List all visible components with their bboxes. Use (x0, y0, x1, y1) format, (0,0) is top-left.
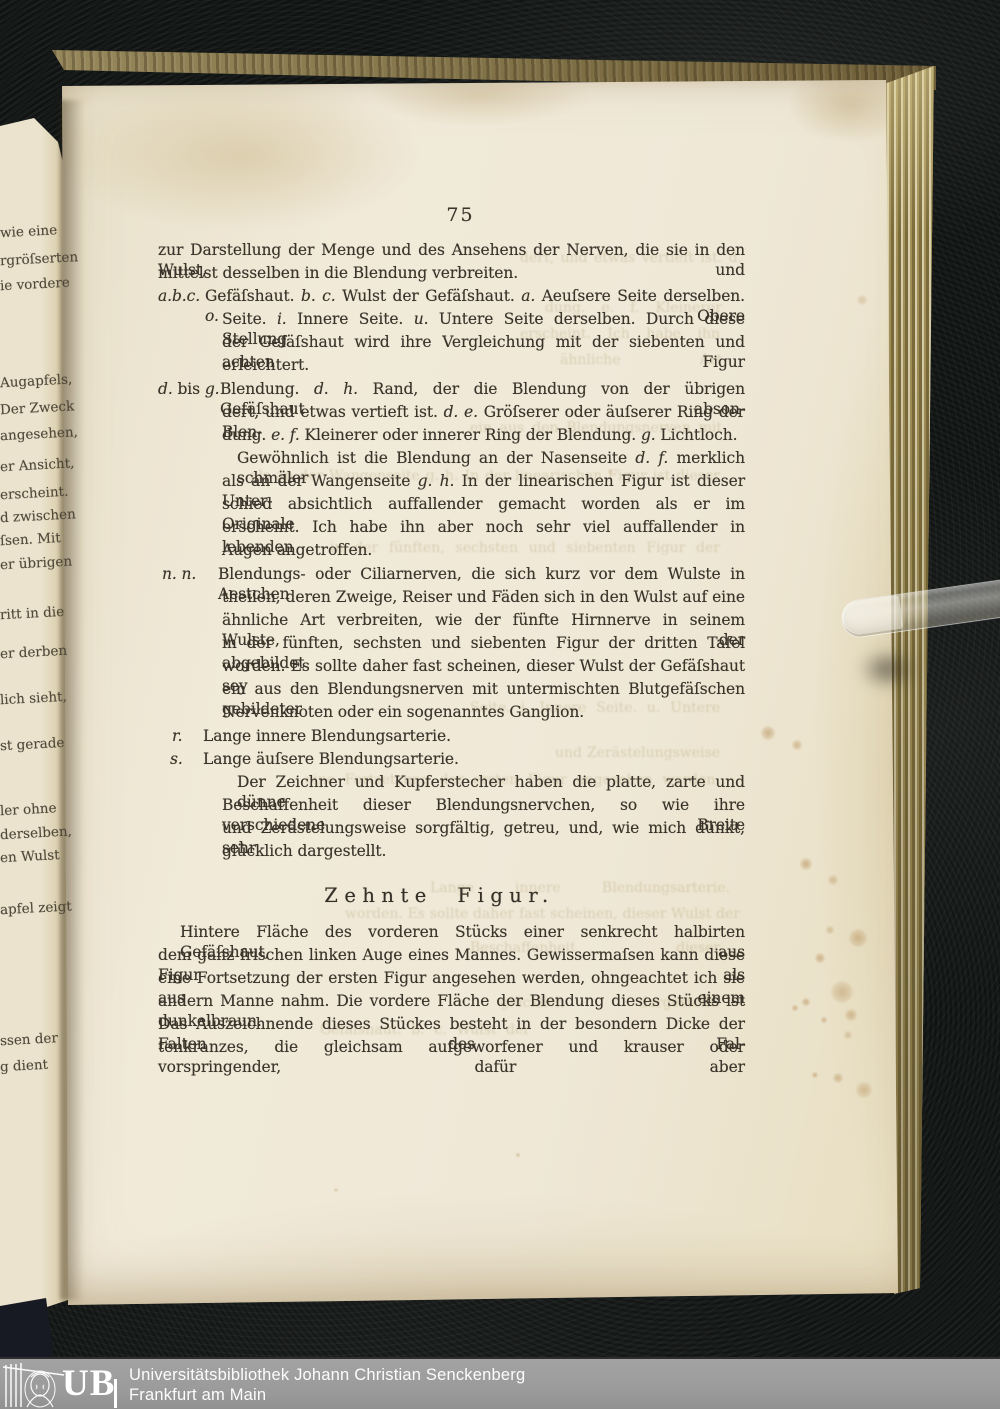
foxing-spot (826, 926, 834, 934)
line-key-label: n. n. (162, 564, 196, 584)
margin-text-fragment: lich sieht, (0, 690, 47, 708)
line-key-label: s. (170, 749, 183, 769)
logo-separator (114, 1379, 117, 1408)
text-line: Augen angetroffen. (222, 540, 372, 560)
page-number: 75 (167, 204, 754, 226)
foxing-spot (334, 1188, 338, 1192)
line-key-label: a.b.c. (158, 286, 200, 306)
foxing-spot (844, 1031, 852, 1039)
foxing-spot (812, 1072, 818, 1078)
foxing-spot (857, 295, 867, 305)
margin-text-fragment: rgröſserten (0, 251, 47, 269)
text-line: tenkranzes, die gleichsam aufgeworfener … (158, 1037, 745, 1077)
ub-logo-text: UB (62, 1362, 115, 1405)
margin-text-fragment: ssen der (0, 1031, 47, 1049)
text-line: erleichtert. (222, 355, 309, 375)
foxing-spot (815, 953, 825, 963)
page-holder-tip (840, 595, 903, 637)
margin-text-fragment: ie vordere (0, 276, 47, 294)
margin-text-fragment: er übrigen (0, 555, 47, 573)
margin-text-fragment: angesehen, (0, 426, 47, 444)
margin-text-fragment: derselben, (0, 825, 47, 843)
text-line: Lange äuſsere Blendungsarterie. (203, 749, 459, 769)
foxing-spot (831, 981, 853, 1003)
margin-text-fragment: wie eine (0, 223, 47, 241)
margin-text-fragment: g dient (0, 1057, 47, 1075)
margin-text-fragment: ſsen. Mit (0, 531, 47, 549)
text-line: mittelst desselben in die Blendung verbr… (158, 263, 518, 283)
foxing-spot (849, 929, 867, 947)
margin-text-fragment: er derben (0, 644, 47, 662)
library-location: Frankfurt am Main (129, 1385, 525, 1405)
margin-text-fragment: Augapfels, (0, 373, 47, 391)
margin-text-fragment: st gerade (0, 736, 47, 754)
foxing-spot (845, 1009, 857, 1021)
bleedthrough-text: und Zerästelungsweise sorgfältig, getreu… (555, 745, 720, 762)
line-key-label: r. (172, 726, 182, 746)
library-banner: UB Universitätsbibliothek Johann Christi… (0, 1357, 1000, 1409)
foxing-spot (821, 1017, 827, 1023)
foxing-spot (800, 858, 812, 870)
margin-text-fragment: erscheint. (0, 485, 47, 503)
text-line: theilen, deren Zweige, Reiser und Fäden … (222, 587, 745, 607)
text-line: Nervenknoten oder ein sogenanntes Gangli… (222, 702, 584, 722)
foxing-spot (802, 998, 810, 1006)
page-holder-shadow (846, 640, 930, 698)
foxing-spot (856, 1082, 872, 1098)
margin-text-fragment: apfel zeigt (0, 900, 47, 918)
library-name: Universitätsbibliothek Johann Christian … (129, 1365, 525, 1385)
bleedthrough-text: worden. Es sollte daher fast scheinen, d… (345, 906, 740, 923)
foxing-spot (833, 1073, 843, 1083)
margin-text-fragment: Der Zweck (0, 400, 47, 418)
margin-text-fragment: ler ohne (0, 801, 47, 819)
margin-text-fragment: d zwischen (0, 508, 47, 526)
line-key-label: d. bis g. (158, 379, 220, 399)
text-line: Lange innere Blendungsarterie. (203, 726, 451, 746)
foxing-spot (516, 1153, 520, 1157)
page-content: 75 dert, und etwas vertieft ist. d. e. G… (0, 0, 1000, 1409)
text-line: glücklich dargestellt. (222, 841, 386, 861)
foxing-spot (792, 1005, 798, 1011)
margin-text-fragment: ritt in die (0, 605, 47, 623)
library-name-block: Universitätsbibliothek Johann Christian … (129, 1365, 525, 1405)
margin-text-fragment: en Wulst (0, 848, 47, 866)
foxing-spot (608, 470, 612, 474)
margin-text-fragment: er Ansicht, (0, 457, 47, 475)
text-line: dung. e. f. Kleinerer oder innerer Ring … (222, 425, 737, 445)
foxing-spot (761, 726, 775, 740)
figure-heading: Zehnte Figur. (146, 884, 733, 907)
foxing-spot (828, 875, 838, 885)
photo-scene: 75 dert, und etwas vertieft ist. d. e. G… (0, 0, 1000, 1409)
foxing-spot (792, 740, 802, 750)
